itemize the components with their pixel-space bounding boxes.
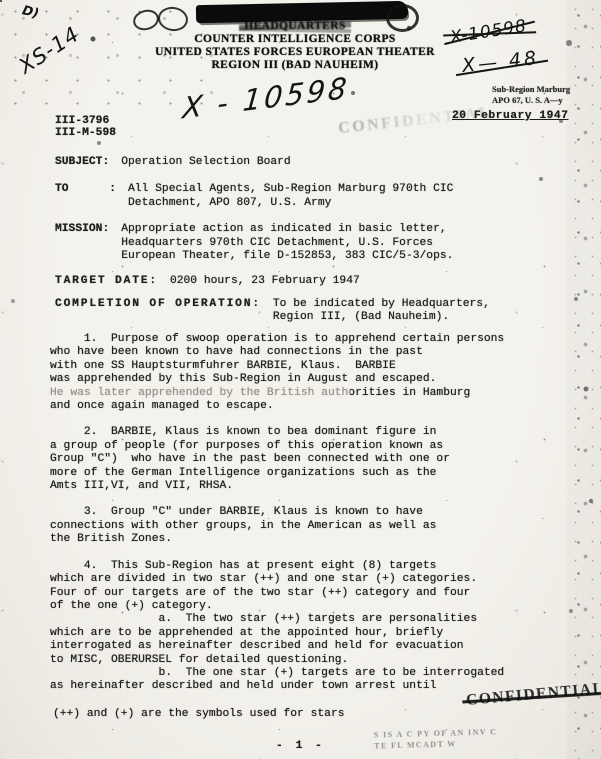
field-completion-value: To be indicated by Headquarters, Region … bbox=[273, 298, 490, 325]
field-mission: MISSION: Appropriate action as indicated… bbox=[55, 223, 583, 263]
page-number: - 1 - bbox=[0, 740, 601, 753]
address-sub-region: Sub-Region Marburg bbox=[492, 84, 570, 95]
field-subject-label: SUBJECT: bbox=[55, 156, 109, 169]
field-completion: COMPLETION OF OPERATION: To be indicated… bbox=[55, 298, 583, 325]
reference-numbers: III-3796 III-M-598 bbox=[55, 116, 116, 139]
document-page: D) XS-14 HEADQUARTERS COUNTER INTELLIGEN… bbox=[0, 0, 601, 759]
field-subject-value: Operation Selection Board bbox=[121, 156, 290, 169]
confidential-stamp-faint: CONFIDENTIAL bbox=[338, 106, 493, 135]
paragraph-4: 4. This Sub-Region has at present eight … bbox=[50, 560, 504, 694]
letterhead-region: REGION III (BAD NAUHEIM) bbox=[110, 59, 480, 72]
paragraph-1: 1. Purpose of swoop operation is to appr… bbox=[50, 333, 504, 413]
letterhead: HEADQUARTERS COUNTER INTELLIGENCE CORPS … bbox=[110, 20, 480, 72]
field-to-label: TO : bbox=[55, 183, 116, 210]
scan-noise-right-edge bbox=[567, 0, 601, 759]
handwritten-x48: X— 48 bbox=[462, 52, 540, 73]
letterhead-org: COUNTER INTELLIGENCE CORPS bbox=[110, 33, 480, 46]
letterhead-theater: UNITED STATES FORCES EUROPEAN THEATER bbox=[110, 46, 480, 59]
handwritten-x10598-large: X - 10598 bbox=[182, 82, 350, 116]
reference-number-1: III-3796 bbox=[55, 116, 116, 128]
provenance-stamp-fragment: S IS A C PY OF AN INV C TE FL MCADT W bbox=[374, 726, 498, 751]
field-mission-label: MISSION: bbox=[55, 223, 109, 263]
field-to: TO : All Special Agents, Sub-Region Marb… bbox=[55, 183, 583, 210]
field-completion-label: COMPLETION OF OPERATION: bbox=[55, 298, 261, 325]
ink-smear bbox=[239, 27, 351, 33]
address-block: Sub-Region Marburg APO 67, U. S. A—y bbox=[492, 84, 570, 105]
field-target-date-label: TARGET DATE: bbox=[55, 275, 158, 288]
letterhead-headquarters-overstruck: HEADQUARTERS bbox=[244, 20, 346, 33]
reference-number-2: III-M-598 bbox=[55, 128, 116, 140]
field-subject: SUBJECT: Operation Selection Board bbox=[55, 156, 583, 169]
paragraph-2: 2. BARBIE, Klaus is known to bea dominan… bbox=[50, 426, 504, 493]
paragraph-3: 3. Group "C" under BARBIE, Klaus is know… bbox=[50, 506, 504, 546]
field-target-date: TARGET DATE: 0200 hours, 23 February 194… bbox=[55, 275, 583, 288]
field-target-date-value: 0200 hours, 23 February 1947 bbox=[170, 275, 360, 288]
handwritten-file-mark-xs14: XS-14 bbox=[18, 27, 82, 75]
corner-pencil-mark: D) bbox=[21, 4, 40, 21]
address-apo: APO 67, U. S. A—y bbox=[492, 95, 570, 106]
letter-body: 1. Purpose of swoop operation is to appr… bbox=[50, 333, 504, 694]
field-mission-value: Appropriate action as indicated in basic… bbox=[121, 223, 453, 263]
letter-fields: SUBJECT: Operation Selection Board TO : … bbox=[55, 156, 583, 325]
ink-fleck-dots bbox=[0, 0, 2, 2]
footnote-stars-legend: (++) and (+) are the symbols used for st… bbox=[53, 708, 345, 721]
field-to-value: All Special Agents, Sub-Region Marburg 9… bbox=[128, 183, 453, 210]
